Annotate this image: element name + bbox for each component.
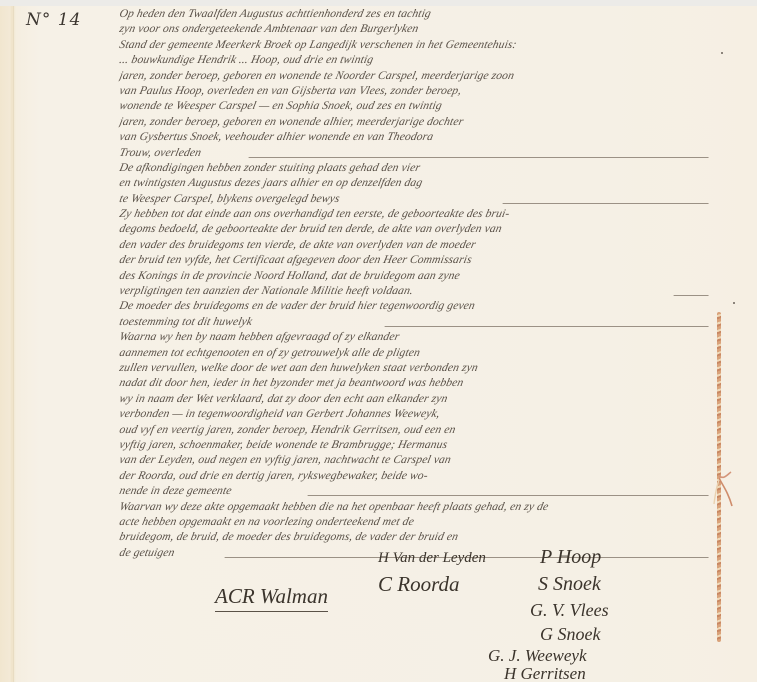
margin-mark [721, 52, 723, 54]
signature-witness: C Roorda [378, 572, 459, 597]
text-line: van Paulus Hoop, overleden en van Gijsbe… [118, 83, 711, 98]
text-line: te Weesper Carspel, blykens overgelegd b… [118, 191, 711, 206]
text-line: Zy hebben tot dat einde aan ons overhand… [118, 206, 711, 221]
signature-father: G Snoek [540, 624, 600, 645]
text-line: Waarvan wy deze akte opgemaakt hebben di… [118, 499, 711, 514]
text-line: ... bouwkundige Hendrik ... Hoop, oud dr… [118, 52, 711, 67]
signature-witness: H Van der Leyden [378, 550, 486, 567]
text-line: De moeder des bruidegoms en de vader der… [118, 298, 711, 313]
text-line: wy in naam der Wet verklaard, dat zy doo… [118, 391, 711, 406]
text-line: Trouw, overleden [118, 145, 711, 160]
signature-official: ACR Walman [215, 584, 328, 612]
text-line: der Roorda, oud drie en dertig jaren, ry… [118, 468, 711, 483]
text-line: Waarna wy hen by naam hebben afgevraagd … [118, 329, 711, 344]
string-knot-icon [712, 470, 734, 510]
signature-bride: S Snoek [538, 573, 601, 596]
text-line: vyftig jaren, schoenmaker, beide wonende… [118, 437, 711, 452]
text-line: acte hebben opgemaakt en na voorlezing o… [118, 514, 711, 529]
text-line: des Konings in de provincie Noord Hollan… [118, 268, 711, 283]
record-body: Op heden den Twaalfden Augustus achttien… [118, 6, 708, 560]
signature-block: ACR Walman H Van der Leyden C Roorda P H… [0, 540, 757, 682]
text-line: toestemming tot dit huwelyk [118, 314, 711, 329]
text-line: en twintigsten Augustus dezes jaars alhi… [118, 175, 711, 190]
text-line: der bruid ten vyfde, het Certificaat afg… [118, 252, 711, 267]
text-line: oud vyf en veertig jaren, zonder beroep,… [118, 422, 711, 437]
text-line: De afkondigingen hebben zonder stuiting … [118, 160, 711, 175]
entry-number: N° 14 [26, 10, 81, 30]
text-line: Op heden den Twaalfden Augustus achttien… [118, 6, 711, 21]
text-line: van Gysbertus Snoek, veehouder alhier wo… [118, 129, 711, 144]
text-line: aannemen tot echtgenooten en of zy getro… [118, 345, 711, 360]
text-line: van der Leyden, oud negen en vyftig jare… [118, 452, 711, 467]
text-line: zullen vervullen, welke door de wet aan … [118, 360, 711, 375]
text-line: jaren, zonder beroep, geboren en wonende… [118, 114, 711, 129]
text-line: verbonden — in tegenwoordigheid van Gerb… [118, 406, 711, 421]
text-line: zyn voor ons ondergeteekende Ambtenaar v… [118, 21, 711, 36]
text-line: jaren, zonder beroep, geboren en wonende… [118, 68, 711, 83]
signature-witness: G. J. Weeweyk [488, 646, 587, 666]
text-line: degoms bedoeld, de geboorteakte der brui… [118, 221, 711, 236]
text-line: verpligtingen ten aanzien der Nationale … [118, 283, 711, 298]
text-line: nadat dit door hen, ieder in het byzonde… [118, 375, 711, 390]
signature-groom: P Hoop [540, 546, 601, 569]
signature-mother: G. V. Vlees [530, 600, 609, 621]
text-line: wonende te Weesper Carspel — en Sophia S… [118, 98, 711, 113]
text-line: Stand der gemeente Meerkerk Broek op Lan… [118, 37, 711, 52]
text-line: den vader des bruidegoms ten vierde, de … [118, 237, 711, 252]
signature-witness: H Gerritsen [504, 664, 586, 682]
margin-mark [733, 302, 735, 304]
text-line: nende in deze gemeente [118, 483, 711, 498]
